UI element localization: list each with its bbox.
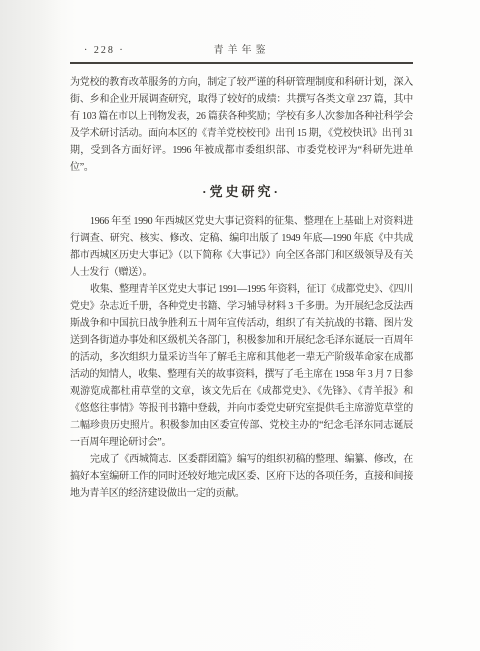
page-header: · 228 · 青羊年鉴 [70, 44, 413, 57]
header-rule [70, 62, 413, 64]
page-number: · 228 · [84, 44, 125, 57]
section-paragraph-3: 完成了《西城简志．区委群团篇》编写的组织初稿的整理、编纂、修改，在搞好本室编研工… [70, 451, 413, 502]
scanned-book-page: · 228 · 青羊年鉴 为党校的教育改革服务的方向，制定了较严谨的科研管理制度… [0, 0, 480, 651]
section-paragraph-2: 收集、整理青羊区党史大事记 1991—1995 年资料，征订《成都党史》、《四川… [70, 281, 413, 451]
page-content: · 228 · 青羊年鉴 为党校的教育改革服务的方向，制定了较严谨的科研管理制度… [70, 0, 413, 502]
intro-paragraph: 为党校的教育改革服务的方向，制定了较严谨的科研管理制度和科研计划，深入街、乡和企… [70, 74, 413, 176]
section-paragraph-1: 1966 年至 1990 年西城区党史大事记资料的征集、整理在上基础上对资料进行… [70, 213, 413, 281]
section-title: ·党史研究· [70, 181, 413, 200]
